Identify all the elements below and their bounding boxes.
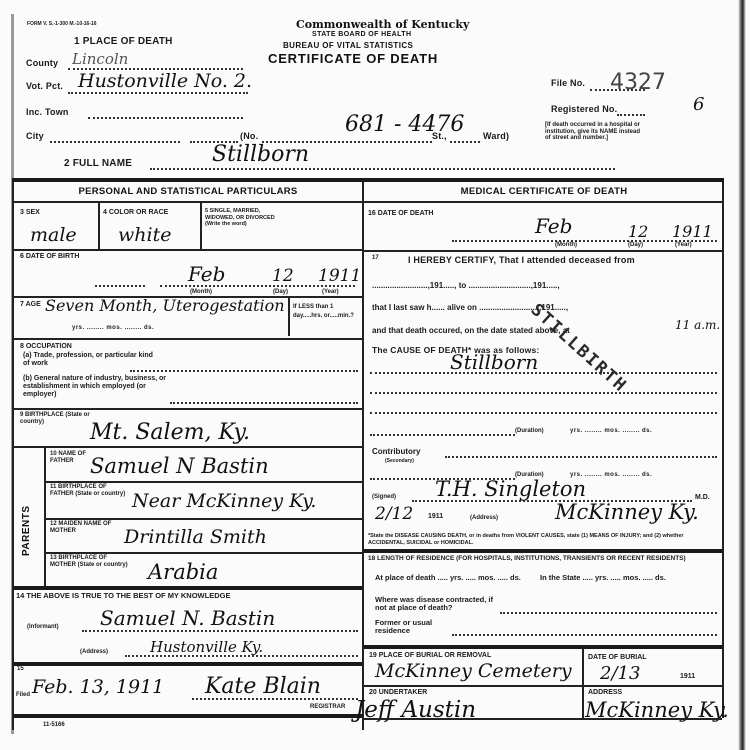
- dod-month: Feb: [535, 214, 572, 238]
- full-name-value: Stillborn: [212, 142, 309, 167]
- dob-year: 1911: [318, 266, 361, 286]
- contributory-sub: (Secondary): [385, 458, 414, 465]
- dob-month: Feb: [188, 262, 225, 286]
- county-value: Lincoln: [72, 50, 128, 68]
- undertaker-label: 20 UNDERTAKER: [369, 689, 427, 697]
- form-number: FORM V. S.-1-300 M.-10-16-16: [27, 21, 97, 28]
- race-value: white: [118, 224, 171, 246]
- cause-of-death-value: Stillborn: [450, 350, 538, 374]
- month-caption: (Month): [190, 289, 212, 296]
- city-label: City: [26, 131, 44, 141]
- commonwealth-title: Commonwealth of Kentucky: [296, 18, 469, 31]
- file-no-label: File No.: [551, 78, 585, 88]
- medical-section-title: MEDICAL CERTIFICATE OF DEATH: [366, 186, 722, 197]
- year-caption: (Year): [322, 289, 339, 296]
- dod-year-caption: (Year): [675, 242, 692, 249]
- less-than-label: If LESS than 1 day.....hrs. or.....min.?: [293, 303, 358, 321]
- registrar-caption: REGISTRAR: [310, 704, 345, 711]
- file-no-value: 4327: [610, 70, 666, 95]
- death-certificate: FORM V. S.-1-300 M.-10-16-16 Commonwealt…: [0, 0, 750, 750]
- ward-label: Ward): [483, 131, 509, 141]
- street-no-label: (No.: [240, 131, 258, 141]
- occupation-b: (b) General nature of industry, business…: [23, 375, 173, 399]
- place-of-death-label: 1 PLACE OF DEATH: [74, 36, 173, 47]
- father-birthplace-value: Near McKinney Ky.: [132, 490, 316, 512]
- filed-date: Feb. 13, 1911: [32, 676, 164, 698]
- duration-label: (Duration): [515, 428, 544, 435]
- sex-label: 3 SEX: [20, 209, 40, 217]
- burial-date-value: 2/13: [600, 663, 640, 684]
- dob-label: 6 DATE OF BIRTH: [20, 253, 79, 261]
- hospital-note: [If death occurred in a hospital or inst…: [545, 122, 645, 142]
- dod-year: 1911: [672, 222, 713, 241]
- signed-year: 1911: [428, 513, 443, 521]
- contributory-label: Contributory: [372, 448, 420, 456]
- birthplace-value: Mt. Salem, Ky.: [90, 420, 250, 445]
- former-residence-label: Former or usual residence: [375, 619, 465, 635]
- registrar-signature: Kate Blain: [205, 674, 321, 699]
- dod-day-caption: (Day): [628, 242, 643, 249]
- day-caption: (Day): [273, 289, 288, 296]
- registered-no-label: Registered No.: [551, 104, 617, 114]
- filed-label: Filed: [16, 692, 30, 699]
- age-label: 7 AGE: [20, 301, 41, 309]
- dob-day: 12: [272, 266, 294, 286]
- dod-month-caption: (Month): [555, 242, 577, 249]
- full-name-label: 2 FULL NAME: [64, 158, 132, 169]
- informant-address-caption: (Address): [80, 649, 108, 656]
- bureau: BUREAU OF VITAL STATISTICS: [283, 41, 413, 50]
- disease-contracted-label: Where was disease contracted, if not at …: [375, 596, 495, 612]
- burial-date-label: DATE OF BURIAL: [588, 654, 647, 662]
- father-name-value: Samuel N Bastin: [90, 454, 269, 478]
- informant-attestation: 14 THE ABOVE IS TRUE TO THE BEST OF MY K…: [16, 592, 230, 600]
- date-of-death-label: 16 DATE OF DEATH: [368, 210, 433, 218]
- parents-label: PARENTS: [21, 505, 32, 556]
- burial-date-year: 1911: [680, 673, 695, 681]
- race-label: 4 COLOR OR RACE: [103, 209, 168, 217]
- certify-text: I HEREBY CERTIFY, That I attended deceas…: [408, 255, 635, 265]
- signed-date: 2/12: [375, 504, 413, 524]
- mother-maiden-value: Drintilla Smith: [124, 526, 267, 548]
- filed-number: 15: [17, 666, 24, 673]
- in-state: In the State ..... yrs. ..... mos. .....…: [540, 574, 720, 582]
- death-occurred-line: and that death occured, on the date stat…: [372, 327, 570, 335]
- sex-value: male: [30, 224, 77, 246]
- county-label: County: [26, 58, 58, 68]
- at-place-of-death: At place of death ..... yrs. ..... mos. …: [375, 574, 535, 582]
- footer-code: 11-5166: [43, 722, 65, 729]
- undertaker-address-label: ADDRESS: [588, 689, 622, 697]
- burial-place-label: 19 PLACE OF BURIAL OR REMOVAL: [369, 652, 491, 660]
- cause-footnote: *State the DISEASE CAUSING DEATH, or in …: [368, 533, 720, 546]
- informant-caption: (Informant): [27, 624, 59, 631]
- death-time: 11 a.m.: [675, 318, 720, 332]
- scan-right-edge: [738, 0, 746, 750]
- physician-signature: T.H. Singleton: [435, 477, 586, 501]
- inc-town-label: Inc. Town: [26, 107, 69, 117]
- personal-section-title: PERSONAL AND STATISTICAL PARTICULARS: [14, 186, 362, 197]
- certificate-title: CERTIFICATE OF DEATH: [268, 51, 438, 66]
- signed-label: (Signed): [372, 494, 396, 501]
- occupation-a: (a) Trade, profession, or particular kin…: [23, 352, 153, 368]
- marital-label: 5 SINGLE, MARRIED, WIDOWED, OR DIVORCED …: [205, 208, 275, 228]
- informant-address-value: Hustonville Ky.: [150, 638, 263, 656]
- age-units: yrs. ........ mos. ........ ds.: [72, 325, 154, 332]
- st-label: St.,: [432, 131, 447, 141]
- residence-label: 18 LENGTH OF RESIDENCE (FOR HOSPITALS, I…: [368, 555, 720, 562]
- attended-dates-line: .........................,191....., to .…: [372, 282, 560, 290]
- occupation-label: 8 OCCUPATION: [20, 343, 72, 351]
- dod-day: 12: [628, 222, 648, 241]
- birthplace-label: 9 BIRTHPLACE (State or country): [20, 412, 90, 426]
- divider: [12, 178, 724, 182]
- age-value: Seven Month, Uterogestation: [45, 296, 285, 315]
- state-board: STATE BOARD OF HEALTH: [312, 31, 411, 38]
- stillbirth-stamp: STILLBIRTH: [527, 300, 631, 397]
- mother-maiden-label: 12 MAIDEN NAME OF MOTHER: [50, 521, 130, 535]
- burial-place-value: McKinney Cemetery: [375, 660, 572, 682]
- physician-address-label: (Address): [470, 515, 498, 522]
- vot-pct-value: Hustonville No. 2.: [78, 70, 252, 92]
- registered-no-value: 6: [693, 94, 704, 115]
- vot-pct-label: Vot. Pct.: [26, 81, 63, 91]
- father-birthplace-label: 11 BIRTHPLACE OF FATHER (State or countr…: [50, 484, 130, 498]
- mother-birthplace-value: Arabia: [148, 560, 218, 584]
- mother-birthplace-label: 13 BIRTHPLACE OF MOTHER (State or countr…: [50, 555, 130, 569]
- informant-value: Samuel N. Bastin: [100, 606, 275, 630]
- duration-units: yrs. ........ mos. ........ ds.: [570, 428, 652, 435]
- certify-number: 17: [372, 255, 379, 262]
- physician-address-value: McKinney Ky.: [555, 500, 699, 524]
